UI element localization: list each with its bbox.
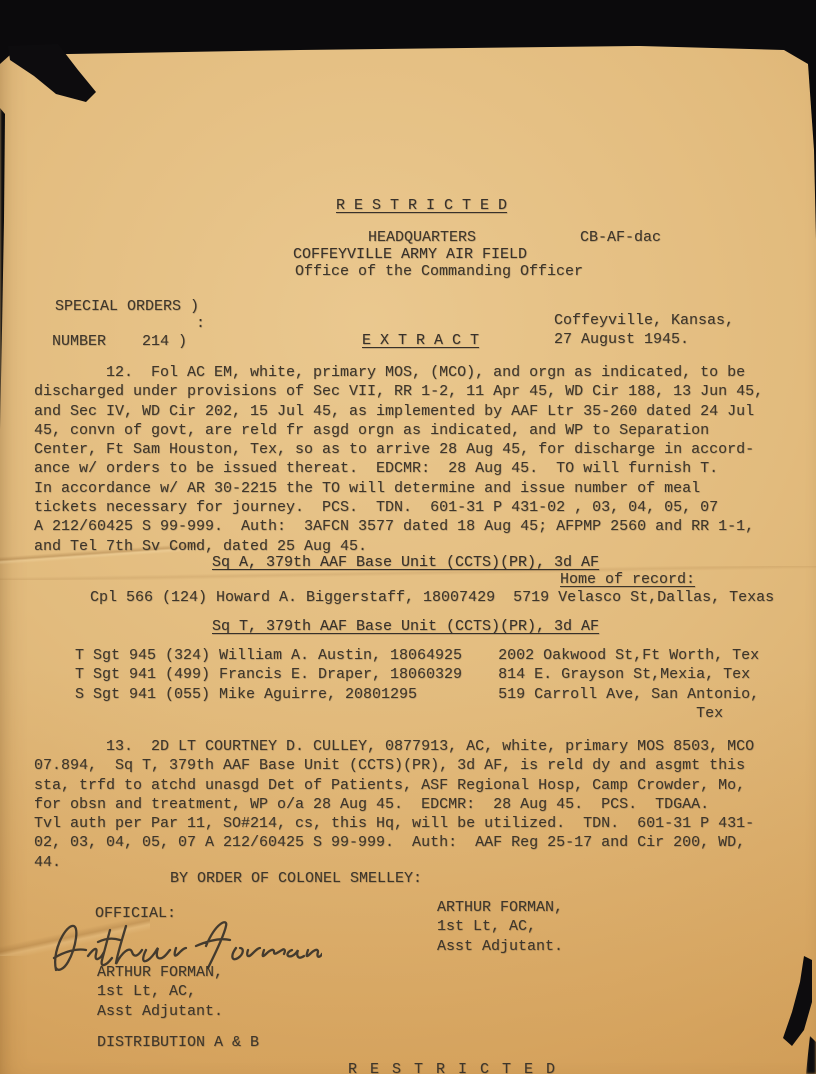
place-line: Coffeyville, Kansas, — [554, 311, 734, 330]
order-colon: : — [196, 314, 205, 333]
order-number-line: NUMBER 214 ) — [52, 332, 187, 351]
office-name-line: Office of the Commanding Officer — [295, 262, 583, 281]
sq-a-heading: Sq A, 379th AAF Base Unit (CCTS)(PR), 3d… — [212, 553, 599, 572]
distribution-line: DISTRIBUTION A & B — [97, 1033, 259, 1052]
office-symbol: CB-AF-dac — [580, 228, 661, 247]
sq-a-roster: Cpl 566 (124) Howard A. Biggerstaff, 180… — [90, 588, 774, 607]
paragraph-13: 13. 2D LT COURTNEY D. CULLEY, 0877913, A… — [34, 737, 754, 872]
paragraph-12: 12. Fol AC EM, white, primary MOS, (MCO)… — [34, 363, 763, 556]
home-of-record-label: Home of record: — [560, 570, 695, 589]
classification-bottom: R E S T R I C T E D — [348, 1060, 557, 1074]
special-orders-label: SPECIAL ORDERS ) — [55, 297, 199, 316]
classification-top: R E S T R I C T E D — [336, 196, 507, 215]
adjutant-block-right: ARTHUR FORMAN, 1st Lt, AC, Asst Adjutant… — [437, 898, 563, 956]
scanned-document-page: { "classification": { "top": "R E S T R … — [0, 0, 816, 1074]
sq-t-roster: T Sgt 945 (324) William A. Austin, 18064… — [75, 646, 759, 723]
date-line: 27 August 1945. — [554, 330, 689, 349]
extract-heading: E X T R A C T — [362, 331, 479, 350]
by-order-line: BY ORDER OF COLONEL SMELLEY: — [170, 869, 422, 888]
sq-t-heading: Sq T, 379th AAF Base Unit (CCTS)(PR), 3d… — [212, 617, 599, 636]
adjutant-block-left: ARTHUR FORMAN, 1st Lt, AC, Asst Adjutant… — [97, 963, 223, 1021]
